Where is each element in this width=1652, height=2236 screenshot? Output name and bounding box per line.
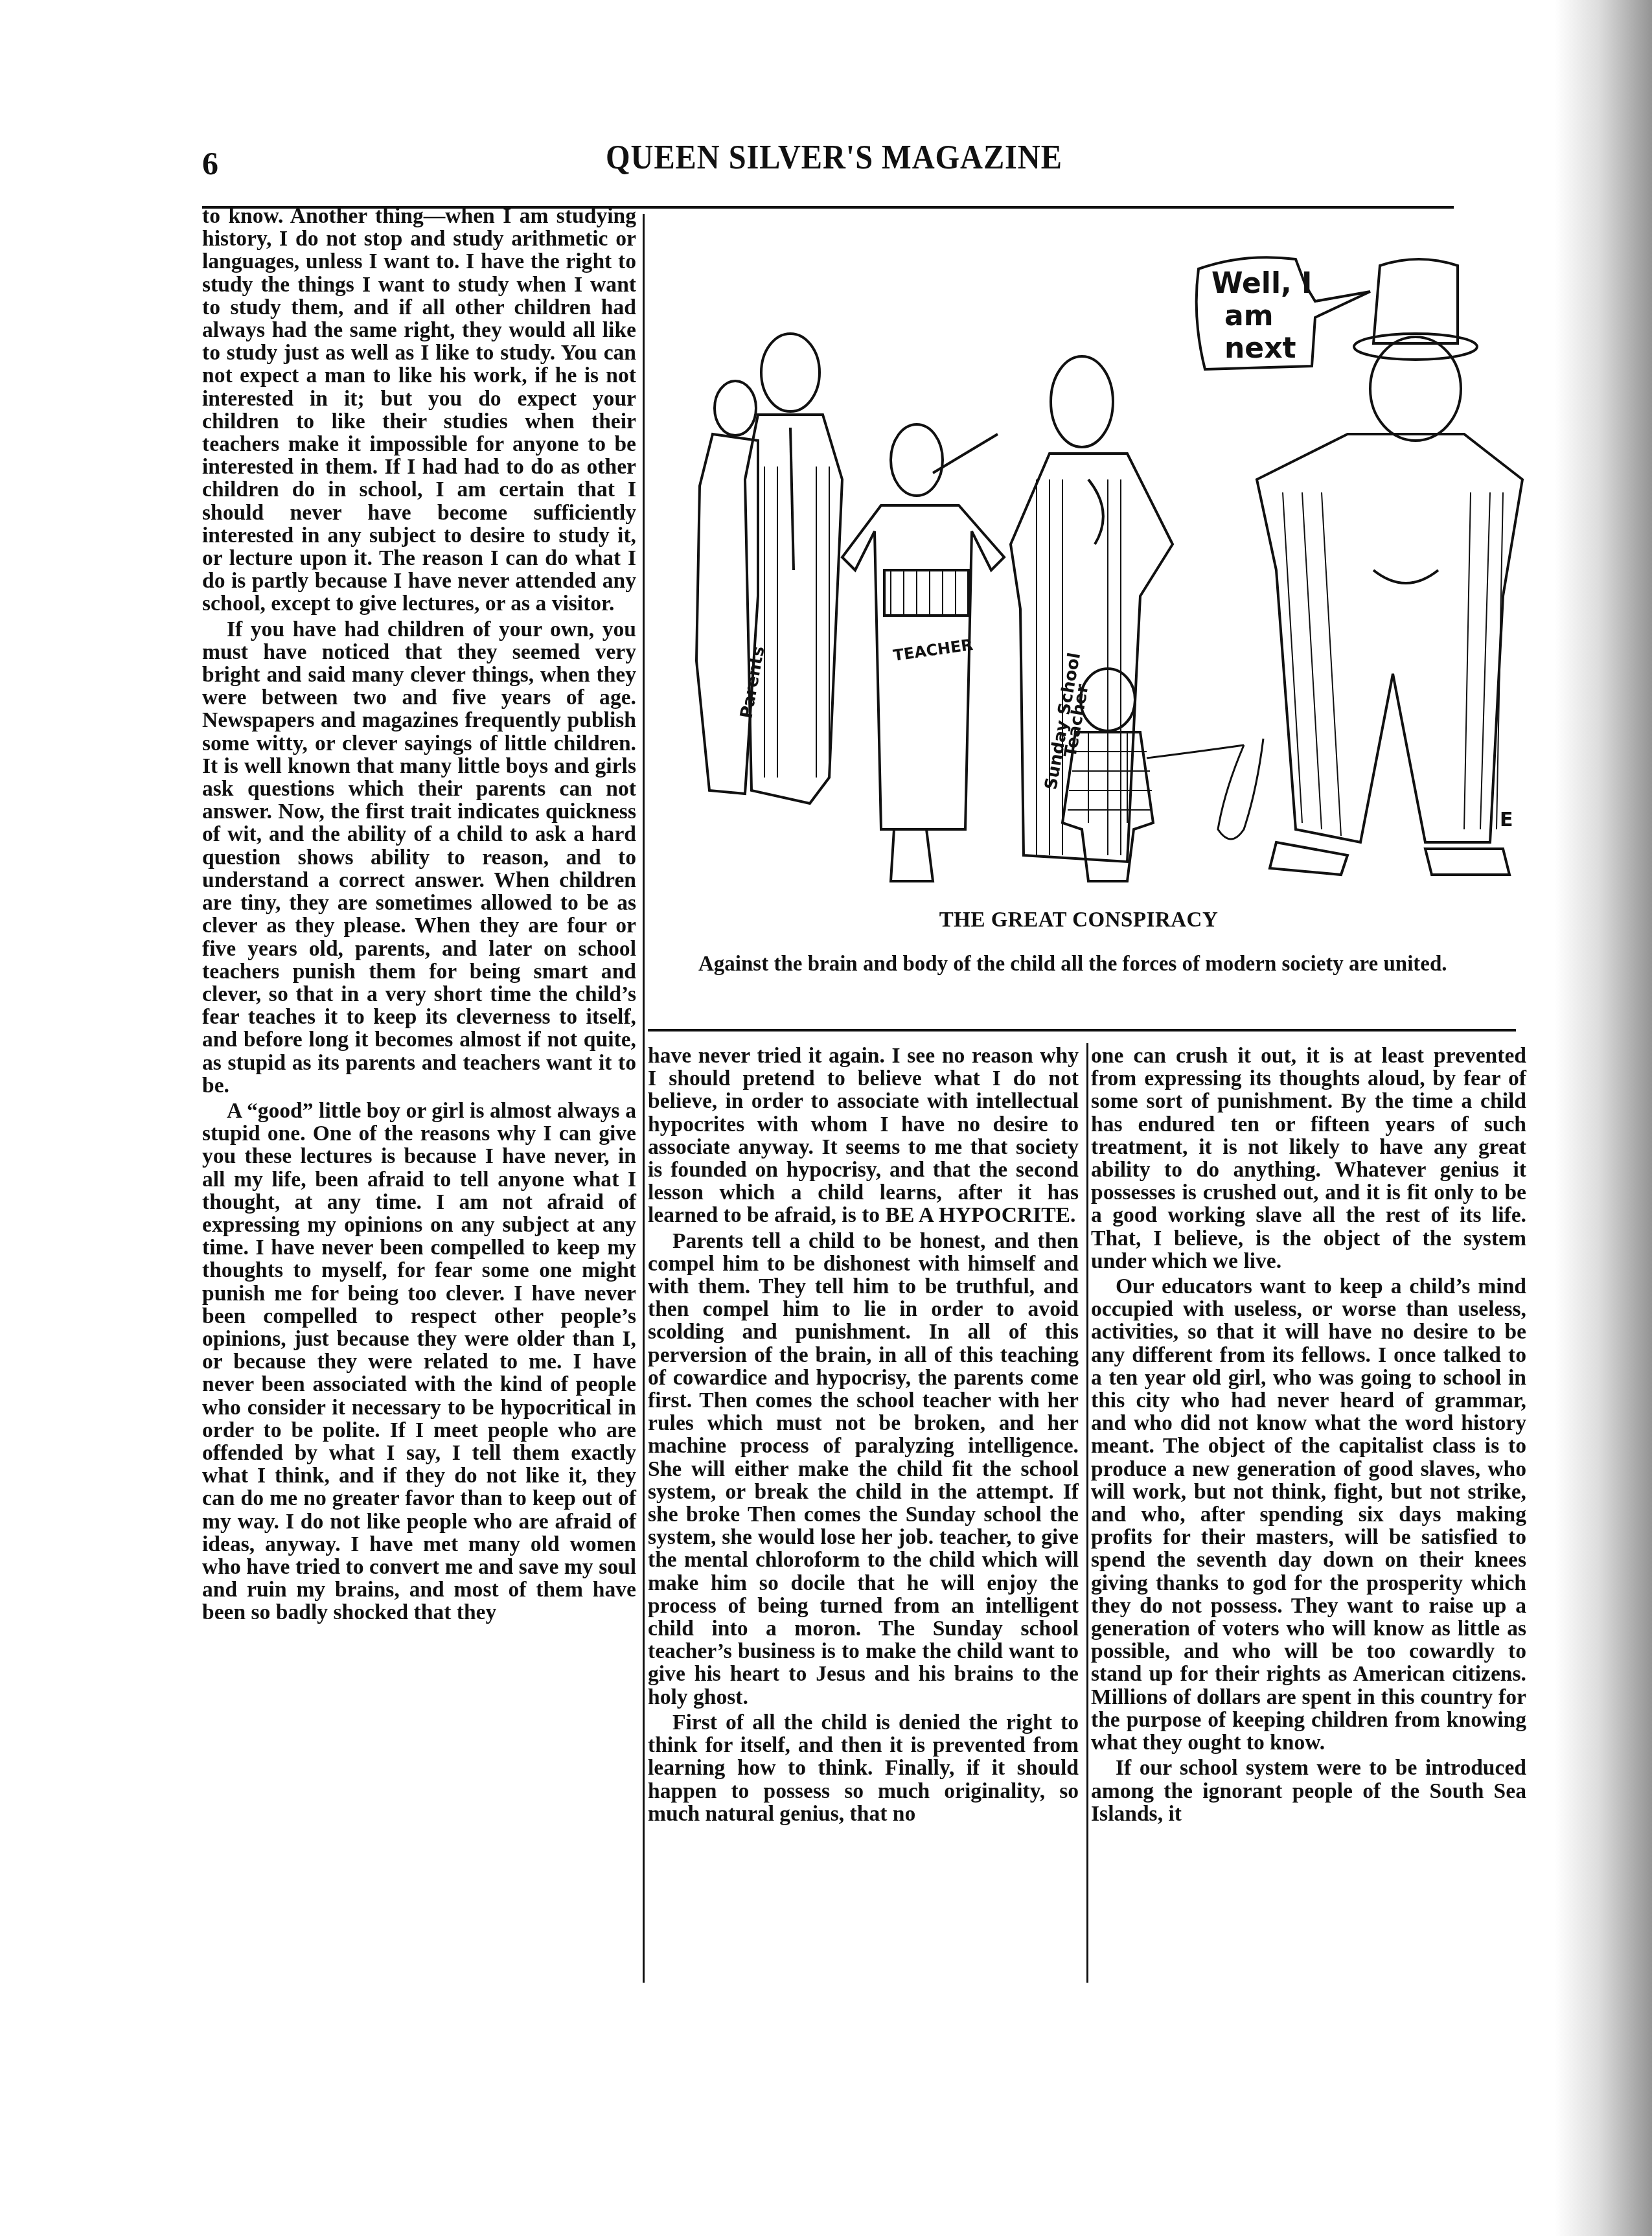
article-column-left: to know. Another thing—when I am studyin… [202,205,636,1624]
paragraph: If you have had children of your own, yo… [202,618,636,1097]
cartoon-illustration: Well, I am next Parents TEACHER Sunday S… [661,207,1529,888]
speech-bubble-line-3: next [1224,332,1296,365]
speech-bubble-line-2: am [1224,299,1274,332]
column-divider [643,214,645,1983]
speech-bubble-line-1: Well, I [1211,267,1312,300]
article-column-middle: have never tried it again. I see no reas… [648,1044,1079,1825]
cartoon-drawing: Well, I am next Parents TEACHER Sunday S… [661,207,1529,888]
paragraph: First of all the child is denied the rig… [648,1711,1079,1825]
teacher-label: TEACHER [892,636,974,665]
paragraph: to know. Another thing—when I am studyin… [202,205,636,616]
leash-line [1147,745,1244,758]
paragraph: have never tried it again. I see no reas… [648,1044,1079,1227]
article-column-right: one can crush it out, it is at least pre… [1091,1044,1526,1825]
magazine-masthead: QUEEN SILVER'S MAGAZINE [606,137,1088,179]
artist-signature: E [1500,809,1513,831]
capitalist-figure [1257,259,1522,875]
page-number: 6 [202,144,218,183]
paragraph: Parents tell a child to be honest, and t… [648,1230,1079,1709]
paragraph: A “good” little boy or girl is almost al… [202,1100,636,1624]
illustration-caption-title: THE GREAT CONSPIRACY [648,907,1509,933]
paragraph: If our school system were to be introduc… [1091,1757,1526,1825]
column-divider [1086,1043,1088,1983]
parents-figures [696,334,842,803]
illustration-caption-text: Against the brain and body of the child … [648,947,1509,981]
section-rule [648,1029,1516,1032]
paragraph: Our educators want to keep a child’s min… [1091,1275,1526,1754]
scan-shadow-edge [1555,0,1652,2236]
paragraph: one can crush it out, it is at least pre… [1091,1044,1526,1273]
